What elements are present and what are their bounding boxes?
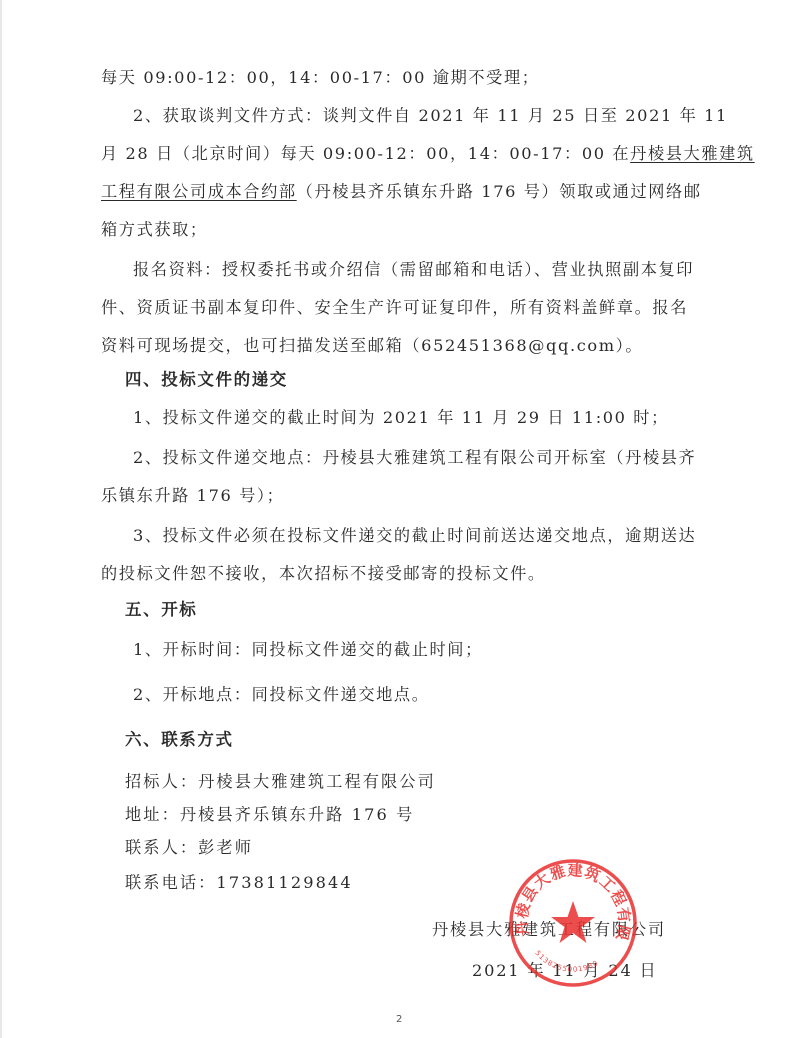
- signature-date: 2021 年 11 月 24 日: [472, 960, 657, 982]
- text-line: 件、资质证书副本复印件、安全生产许可证复印件，所有资料盖鲜章。报名: [101, 297, 688, 319]
- text-line: 2、获取谈判文件方式：谈判文件自 2021 年 11 月 25 日至 2021 …: [133, 105, 728, 127]
- section-heading: 六、联系方式: [125, 729, 234, 751]
- text-span: 月 28 日（北京时间）每天 09:00-12：00，14：00-17：00 在: [101, 144, 630, 163]
- text-line: 2、开标地点：同投标文件递交地点。: [133, 684, 430, 706]
- document-page: 每天 09:00-12：00，14：00-17：00 逾期不受理； 2、获取谈判…: [0, 0, 793, 1038]
- text-line: 月 28 日（北京时间）每天 09:00-12：00，14：00-17：00 在…: [101, 143, 755, 165]
- text-line: 乐镇东升路 176 号）；: [101, 485, 284, 507]
- text-line: 资料可现场提交，也可扫描发送至邮箱（652451368@qq.com）。: [101, 335, 643, 357]
- text-line: 1、开标时间：同投标文件递交的截止时间；: [133, 639, 483, 661]
- text-line: 2、投标文件递交地点：丹棱县大雅建筑工程有限公司开标室（丹棱县齐: [133, 447, 696, 469]
- underlined-department-text: 工程有限公司成本合约部: [101, 182, 297, 201]
- underlined-company-text: 丹棱县大雅建筑: [630, 144, 755, 163]
- text-line: 3、投标文件必须在投标文件递交的截止时间前送达递交地点，逾期送达: [133, 525, 696, 547]
- contact-line: 地址：丹棱县齐乐镇东升路 176 号: [125, 804, 414, 826]
- contact-line: 联系人：彭老师: [125, 837, 253, 859]
- text-line: 报名资料：授权委托书或介绍信（需留邮箱和电话）、营业执照副本复印: [133, 259, 694, 281]
- section-heading: 五、开标: [125, 599, 197, 621]
- contact-line: 联系电话：17381129844: [125, 872, 353, 894]
- page-edge: [0, 0, 2, 1038]
- text-span: （丹棱县齐乐镇东升路 176 号）领取或通过网络邮: [297, 182, 702, 201]
- text-line: 工程有限公司成本合约部（丹棱县齐乐镇东升路 176 号）领取或通过网络邮: [101, 181, 702, 203]
- text-line: 1、投标文件递交的截止时间为 2021 年 11 月 29 日 11:00 时；: [133, 407, 669, 429]
- page-number: 2: [396, 1014, 402, 1025]
- contact-line: 招标人：丹棱县大雅建筑工程有限公司: [125, 771, 436, 793]
- signature-company: 丹棱县大雅建筑工程有限公司: [432, 919, 666, 941]
- text-line: 箱方式获取；: [101, 219, 208, 241]
- section-heading: 四、投标文件的递交: [125, 369, 288, 391]
- text-line: 每天 09:00-12：00，14：00-17：00 逾期不受理；: [101, 67, 540, 89]
- text-line: 的投标文件恕不接收，本次招标不接受邮寄的投标文件。: [101, 563, 546, 585]
